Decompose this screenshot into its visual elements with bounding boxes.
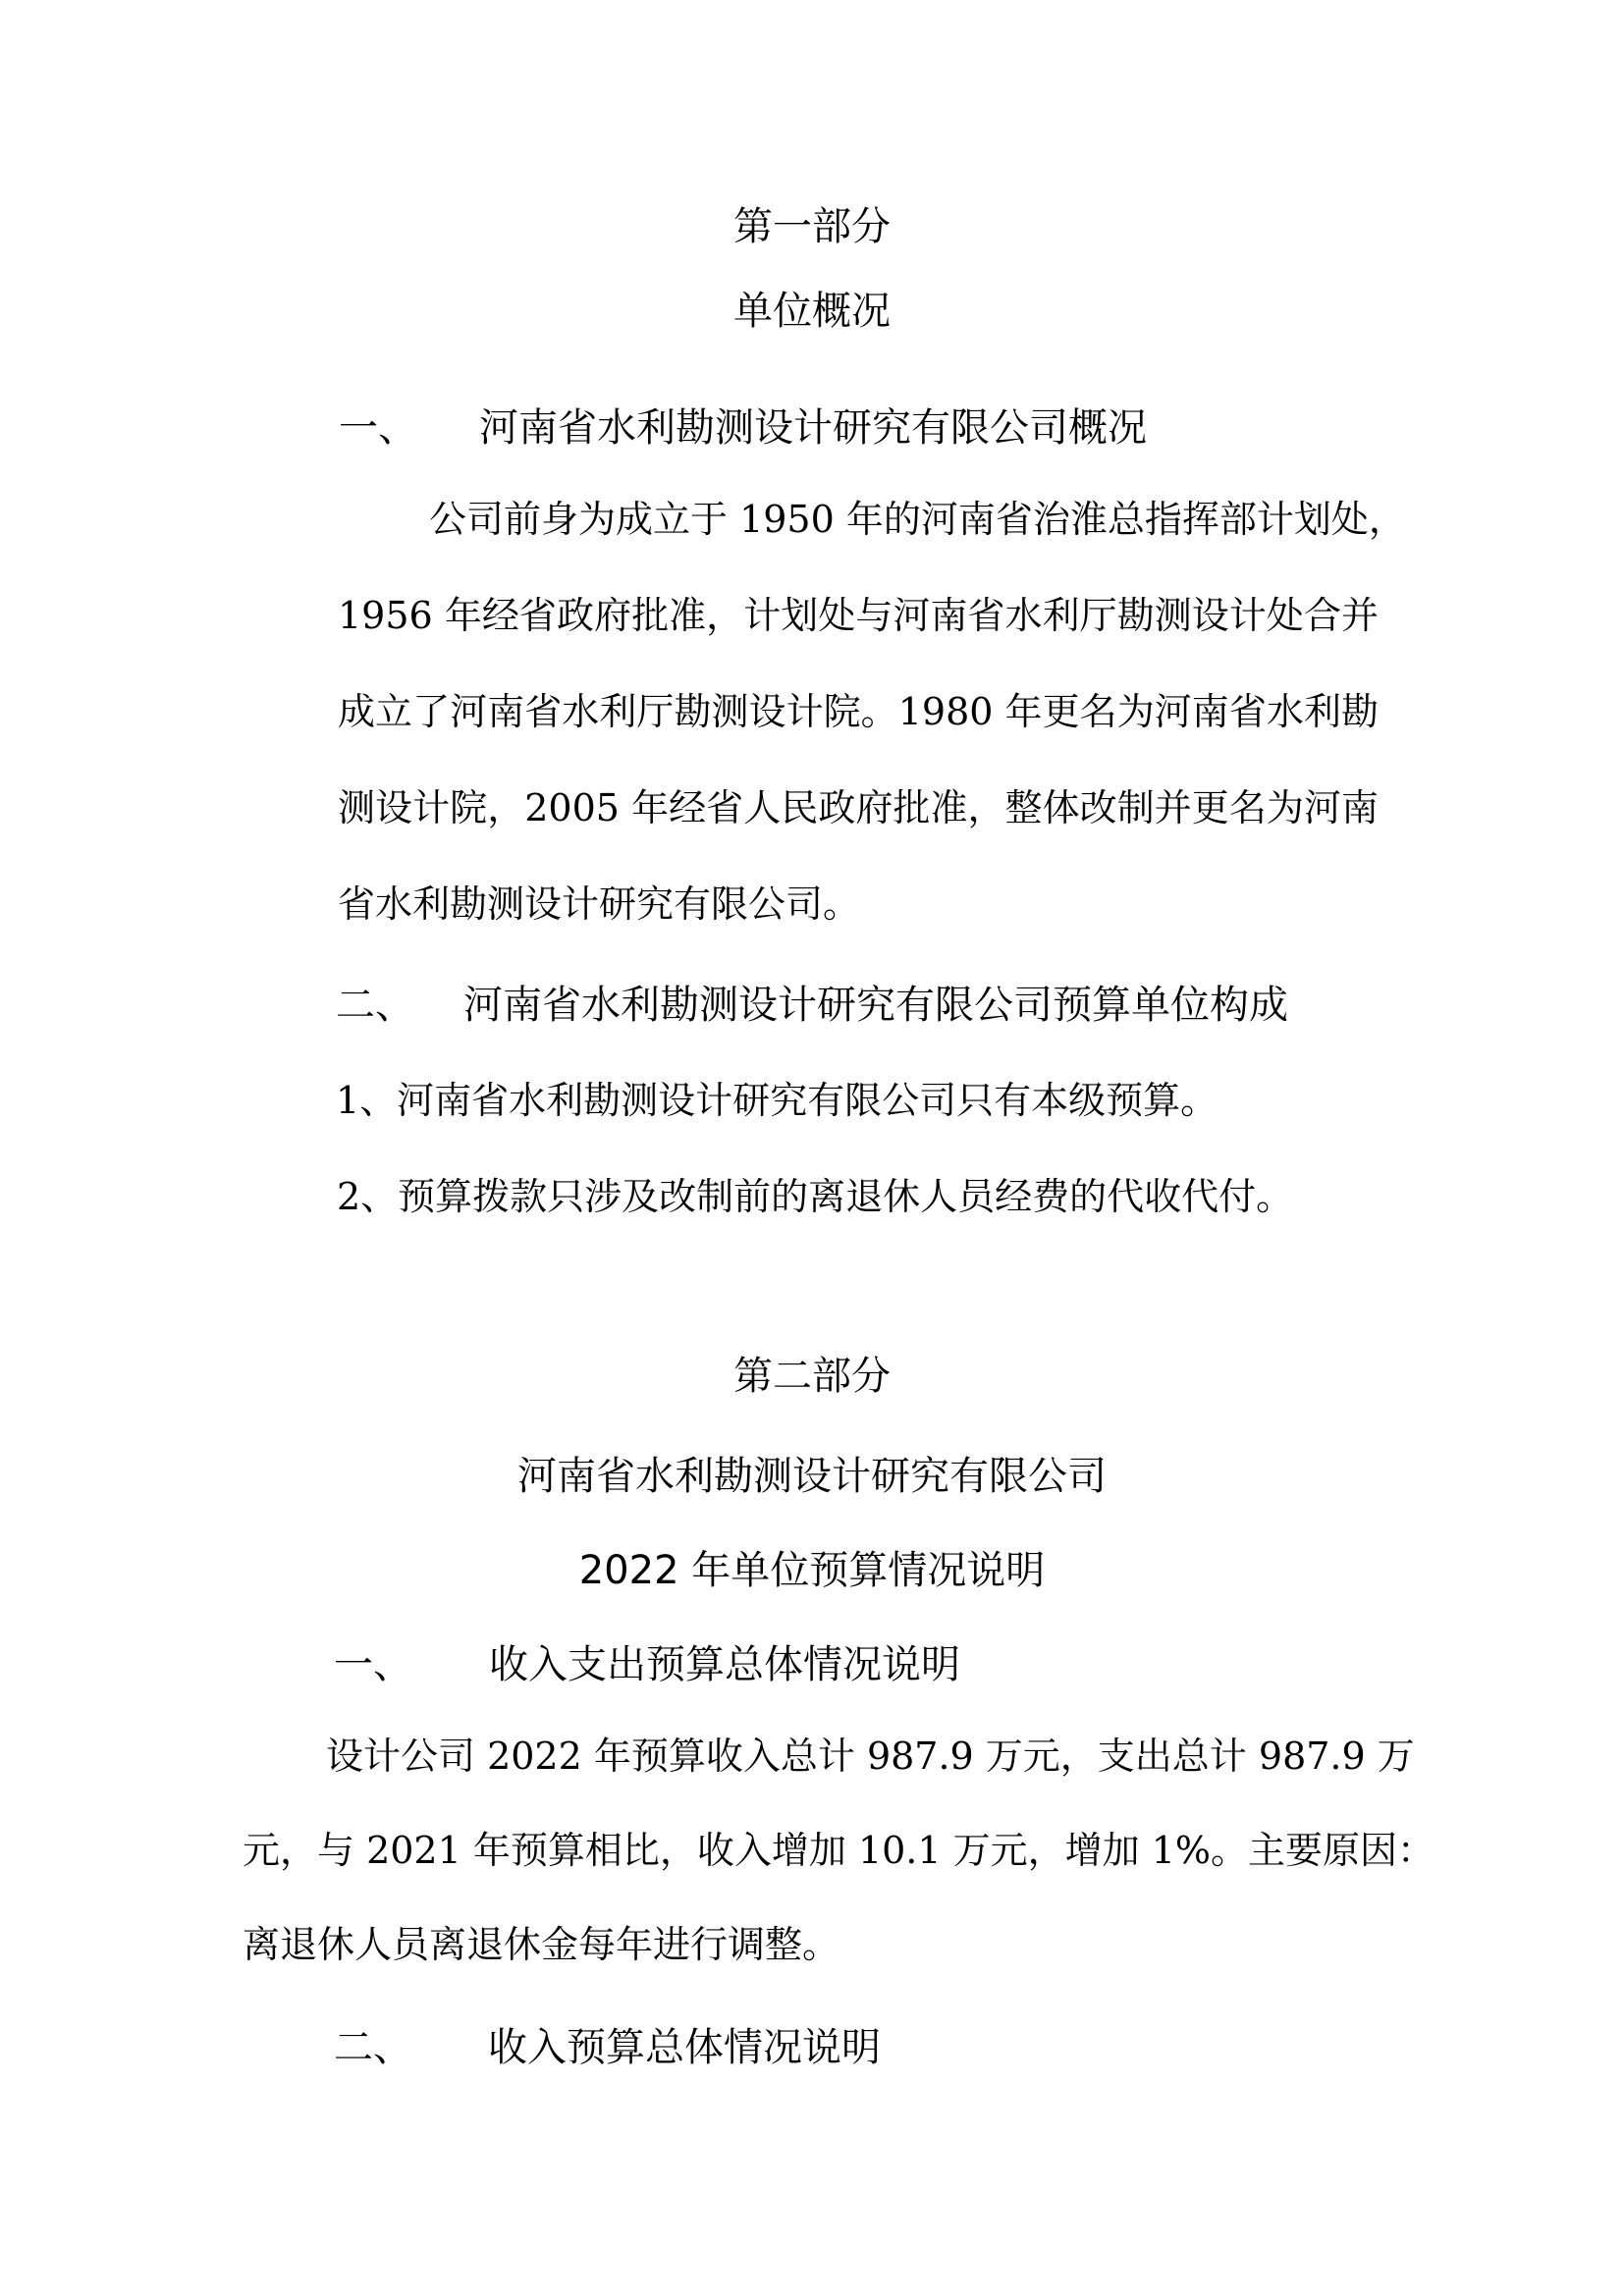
part2-section2-title: 收入预算总体情况说明 <box>488 2024 881 2071</box>
part1-label: 第一部分 <box>0 203 1624 250</box>
part1-section2-number: 二、 <box>336 982 414 1029</box>
part1-title: 单位概况 <box>0 288 1624 335</box>
paragraph-line: 元，与 2021 年预算相比，收入增加 10.1 万元，增加 1%。主要原因： <box>243 1828 1382 1873</box>
part2-doc-title: 2022 年单位预算情况说明 <box>0 1547 1624 1594</box>
paragraph-line: 测设计院，2005 年经省人民政府批准，整体改制并更名为河南 <box>338 785 1379 830</box>
part2-section1-title: 收入支出预算总体情况说明 <box>489 1641 960 1688</box>
list-item: 1、河南省水利勘测设计研究有限公司只有本级预算。 <box>336 1078 1218 1123</box>
paragraph-line: 公司前身为成立于 1950 年的河南省治淮总指挥部计划处， <box>429 497 1406 542</box>
part2-section1-number: 一、 <box>334 1641 412 1688</box>
part1-section1-title: 河南省水利勘测设计研究有限公司概况 <box>479 404 1147 452</box>
part2-section2-number: 二、 <box>334 2024 412 2071</box>
list-item: 2、预算拨款只涉及改制前的离退休人员经费的代收代付。 <box>337 1174 1293 1219</box>
part1-section1-number: 一、 <box>339 404 417 452</box>
part2-label: 第二部分 <box>0 1353 1624 1400</box>
part2-company-name: 河南省水利勘测设计研究有限公司 <box>0 1453 1624 1500</box>
paragraph-line: 离退休人员离退休金每年进行调整。 <box>243 1922 839 1967</box>
paragraph-line: 1956 年经省政府批准，计划处与河南省水利厅勘测设计处合并 <box>338 593 1379 638</box>
paragraph-line: 成立了河南省水利厅勘测设计院。1980 年更名为河南省水利勘 <box>338 689 1379 734</box>
paragraph-line: 省水利勘测设计研究有限公司。 <box>338 881 860 927</box>
part1-section2-title: 河南省水利勘测设计研究有限公司预算单位构成 <box>463 982 1288 1029</box>
paragraph-line: 设计公司 2022 年预算收入总计 987.9 万元，支出总计 987.9 万 <box>326 1734 1382 1779</box>
document-page: 第一部分 单位概况 一、 河南省水利勘测设计研究有限公司概况 公司前身为成立于 … <box>0 0 1624 2296</box>
